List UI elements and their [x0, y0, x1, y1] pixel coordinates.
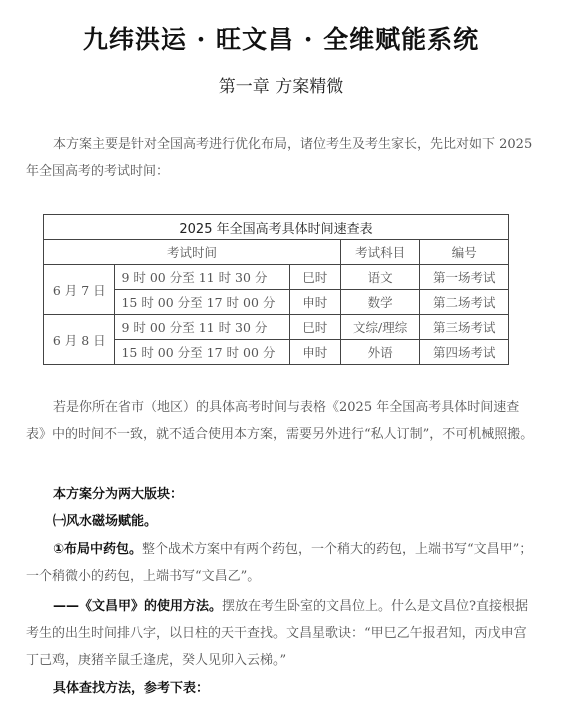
shichen-cell: 巳时 [289, 265, 340, 290]
shichen-cell: 申时 [289, 290, 340, 315]
time-cell: 9 时 00 分至 11 时 30 分 [115, 265, 289, 290]
time-cell: 9 时 00 分至 11 时 30 分 [115, 315, 289, 340]
usage-paragraph: ——《文昌甲》的使用方法。摆放在考生卧室的文昌位上。什么是文昌位?直接根据考生的… [26, 593, 536, 674]
item1-paragraph: ①布局中药包。整个战术方案中有两个药包，一个稍大的药包，上端书写“文昌甲”；一个… [26, 536, 536, 590]
exam-schedule-table: 2025 年全国高考具体时间速查表 考试时间 考试科目 编号 6 月 7 日 9… [43, 214, 509, 365]
subject-cell: 数学 [340, 290, 420, 315]
table-row: 6 月 7 日 9 时 00 分至 11 时 30 分 巳时 语文 第一场考试 [44, 265, 509, 290]
header-subject: 考试科目 [340, 240, 420, 265]
date-cell: 6 月 8 日 [44, 315, 115, 365]
header-number: 编号 [420, 240, 509, 265]
usage-title: ——《文昌甲》的使用方法。 [53, 599, 222, 614]
overview-heading: 本方案分为两大版块： [26, 481, 536, 508]
number-cell: 第三场考试 [420, 315, 509, 340]
table-row: 6 月 8 日 9 时 00 分至 11 时 30 分 巳时 文综/理综 第三场… [44, 315, 509, 340]
note-paragraph: 若是你所在省市（地区）的具体高考时间与表格《2025 年全国高考具体时间速查表》… [26, 394, 536, 448]
number-cell: 第一场考试 [420, 265, 509, 290]
item1-title: ①布局中药包。 [53, 542, 142, 557]
number-cell: 第二场考试 [420, 290, 509, 315]
shichen-cell: 巳时 [289, 315, 340, 340]
lookup-heading: 具体查找方法，参考下表： [26, 675, 536, 702]
time-cell: 15 时 00 分至 17 时 00 分 [115, 290, 289, 315]
document-title: 九纬洪运 · 旺文昌 · 全维赋能系统 [0, 20, 562, 56]
subject-cell: 文综/理综 [340, 315, 420, 340]
chapter-heading: 第一章 方案精微 [0, 72, 562, 97]
intro-paragraph: 本方案主要是针对全国高考进行优化布局，诸位考生及考生家长，先比对如下 2025 … [26, 131, 536, 185]
part1-heading: ㈠风水磁场赋能。 [26, 508, 536, 535]
table-caption: 2025 年全国高考具体时间速查表 [44, 215, 509, 240]
header-exam-time: 考试时间 [44, 240, 341, 265]
subject-cell: 语文 [340, 265, 420, 290]
subject-cell: 外语 [340, 340, 420, 365]
number-cell: 第四场考试 [420, 340, 509, 365]
time-cell: 15 时 00 分至 17 时 00 分 [115, 340, 289, 365]
shichen-cell: 申时 [289, 340, 340, 365]
date-cell: 6 月 7 日 [44, 265, 115, 315]
